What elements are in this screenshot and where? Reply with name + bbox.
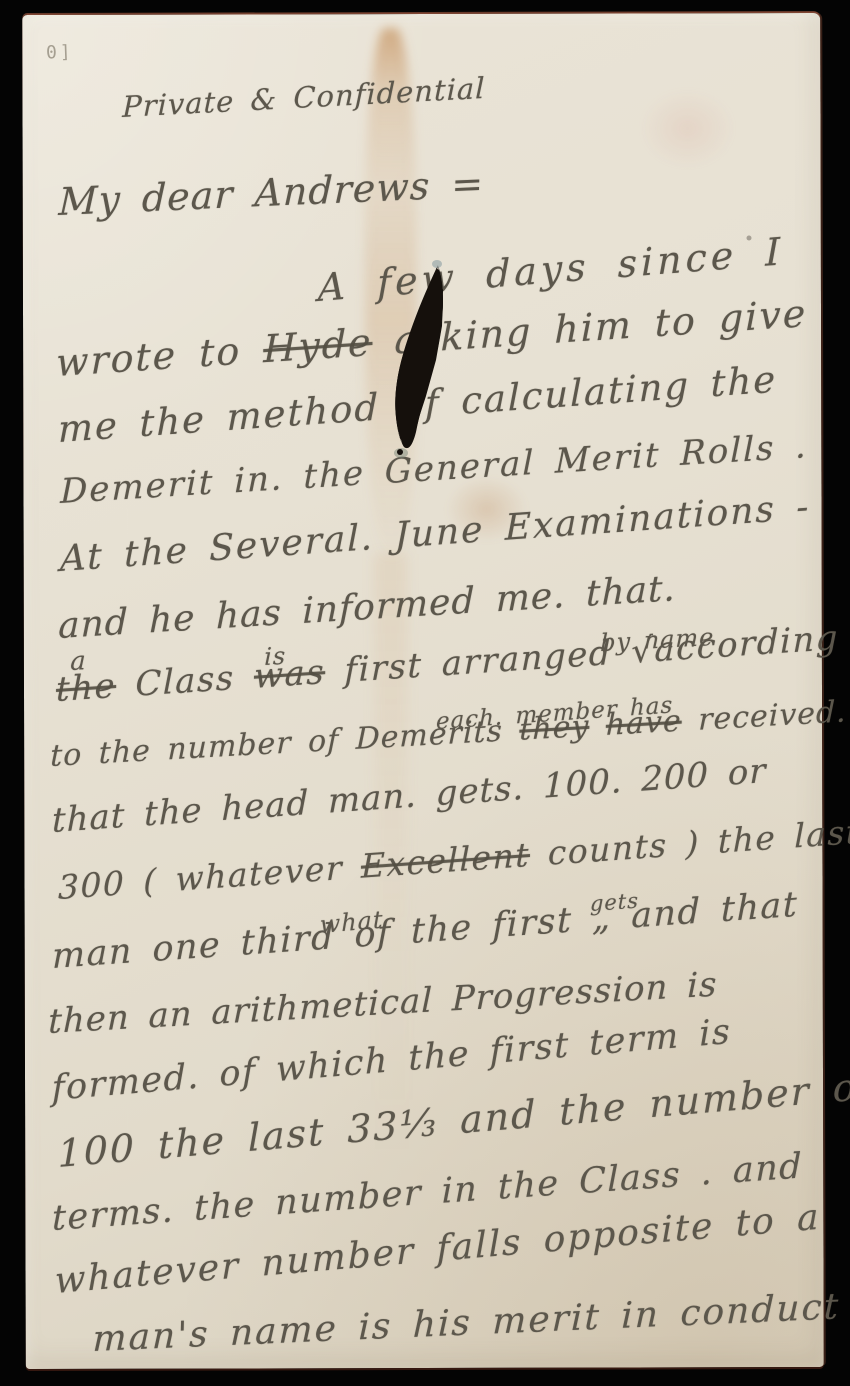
photographed-letter-scene: 0] Private & ConfidentialMy dear Andrews… xyxy=(0,0,850,1386)
blot-droplet xyxy=(397,449,403,455)
ink-blot xyxy=(0,0,850,1386)
blot-tip-tinge xyxy=(432,260,442,268)
small-speck xyxy=(747,236,752,241)
